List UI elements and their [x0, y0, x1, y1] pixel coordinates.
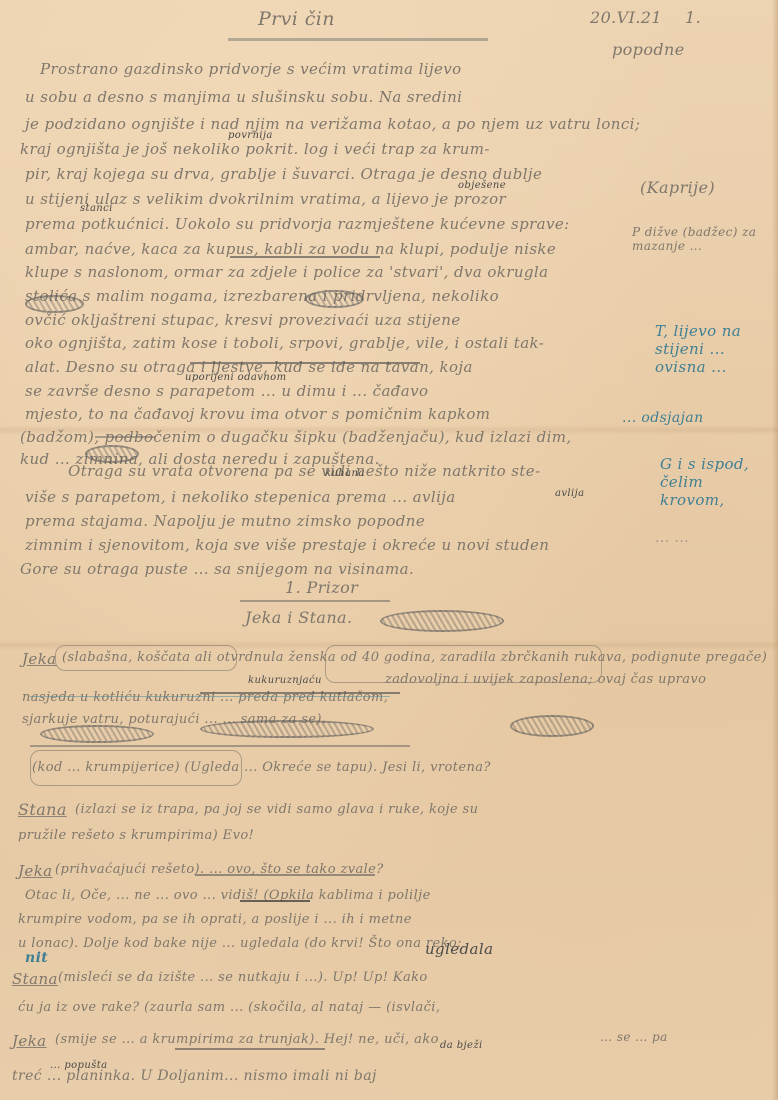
insertion: povrnija	[228, 130, 273, 141]
insertion: kuhana	[325, 468, 365, 479]
scene-underline	[240, 600, 390, 602]
text-line: stolića s malim nogama, izrezbarena i pr…	[25, 287, 499, 305]
scribble-strikeout	[510, 715, 594, 737]
margin-note: P dižve (badžec) za mazanje ...	[632, 225, 772, 253]
text-line: Gore su otraga puste ... sa snijegom na …	[20, 560, 414, 578]
margin-note-faint: ... ...	[655, 530, 689, 546]
insertion-blue: nit	[25, 950, 48, 966]
page-number: 1.	[685, 8, 701, 27]
separator-line	[30, 745, 410, 747]
bracket-mark	[55, 645, 237, 671]
insertion: stanci	[80, 203, 113, 214]
text-line: Otraga su vrata otvorena pa se vidi nešt…	[68, 462, 541, 480]
manuscript-page: Prvi čin 20.VI.21 1. popodne Prostrano g…	[0, 0, 778, 1100]
strike-line	[95, 436, 155, 438]
speaker-name: Jeka	[22, 650, 57, 668]
title-underline	[228, 38, 488, 41]
dialogue-line: krumpire vodom, pa se ih oprati, a posli…	[18, 912, 412, 927]
dialogue-line: (smije se ... a krumpirima za trunjak). …	[55, 1032, 439, 1047]
strike-line	[240, 900, 310, 902]
text-line: Prostrano gazdinsko pridvorje s većim vr…	[40, 60, 462, 78]
insertion: da bježi	[440, 1040, 483, 1051]
insertion: kukuruznjaću	[248, 675, 322, 686]
scene-heading: 1. Prizor	[285, 578, 358, 597]
date-note: 20.VI.21	[590, 8, 662, 27]
text-line: se završe desno s parapetom ... u dimu i…	[25, 382, 428, 400]
insertion: uporijeni odavnom	[185, 372, 286, 383]
dialogue-line: u lonac). Dolje kod bake nije ... ugleda…	[18, 936, 462, 951]
text-line: prema potkućnici. Uokolo su pridvorja ra…	[25, 215, 570, 233]
scribble-strikeout	[40, 725, 154, 743]
text-line: mjesto, to na čađavoj krovu ima otvor s …	[25, 405, 490, 423]
text-line: klupe s naslonom, ormar za zdjele i poli…	[25, 263, 548, 281]
margin-note-blue: ... odsjajan	[622, 410, 704, 426]
text-line: prema stajama. Napolju je mutno zimsko p…	[25, 512, 425, 530]
insertion: ugledala	[425, 940, 493, 958]
margin-note-blue: G i s ispod, čelim krovom,	[660, 455, 760, 509]
scribble-strikeout	[85, 445, 139, 463]
text-line: kraj ognjišta je još nekoliko pokrit. lo…	[20, 140, 490, 158]
dialogue-line: ću ja iz ove rake? (zaurla sam ... (skoč…	[18, 1000, 440, 1015]
dialogue-line: ... se ... pa	[600, 1030, 668, 1044]
dialogue-line: pružile rešeto s krumpirima) Evo!	[18, 828, 254, 843]
text-line: u sobu a desno s manjima u slušinsku sob…	[25, 88, 462, 106]
scribble-strikeout	[305, 290, 364, 308]
insertion: ... popušta	[50, 1060, 108, 1071]
speaker-name: Stana	[18, 800, 67, 819]
speaker-name: Stana	[12, 970, 58, 988]
margin-note-popodne: popodne	[612, 40, 685, 59]
scene-characters: Jeka i Stana.	[245, 608, 352, 627]
speaker-name: Jeka	[12, 1032, 47, 1050]
strike-line	[200, 692, 400, 694]
scribble-strikeout	[200, 720, 374, 738]
strike-line	[175, 1048, 325, 1050]
margin-note-blue: T, lijevo na stijeni ... ovisna ...	[655, 322, 775, 376]
strike-line	[230, 256, 380, 258]
scribble-strikeout	[380, 610, 504, 632]
strike-line	[195, 874, 375, 876]
paper-edge	[772, 0, 778, 1100]
dialogue-line: (misleći se da izište ... se nutkaju i .…	[58, 970, 428, 985]
insertion: avlija	[555, 488, 584, 499]
dialogue-line: (izlazi se iz trapa, pa joj se vidi samo…	[75, 802, 478, 817]
bracket-mark	[325, 645, 602, 683]
text-line: oko ognjišta, zatim kose i toboli, srpov…	[25, 334, 544, 352]
margin-note: (Kaprije)	[640, 178, 715, 197]
text-line: je podzidano ognjište i nad njim na veri…	[25, 115, 640, 133]
insertion: obješene	[458, 180, 506, 191]
blue-guide-line	[30, 696, 390, 697]
bracket-mark	[30, 750, 242, 786]
strike-line	[190, 362, 420, 364]
scribble-strikeout	[25, 295, 84, 313]
text-line: zimnim i sjenovitom, koja sve više prest…	[25, 536, 549, 554]
text-line: više s parapetom, i nekoliko stepenica p…	[25, 488, 456, 506]
page-title: Prvi čin	[258, 8, 335, 30]
speaker-name: Jeka	[18, 862, 53, 880]
text-line: ovčić okljaštreni stupac, kresvi provezi…	[25, 311, 461, 329]
dialogue-line: Otac li, Oče, ... ne ... ovo ... vidiš! …	[25, 888, 431, 903]
